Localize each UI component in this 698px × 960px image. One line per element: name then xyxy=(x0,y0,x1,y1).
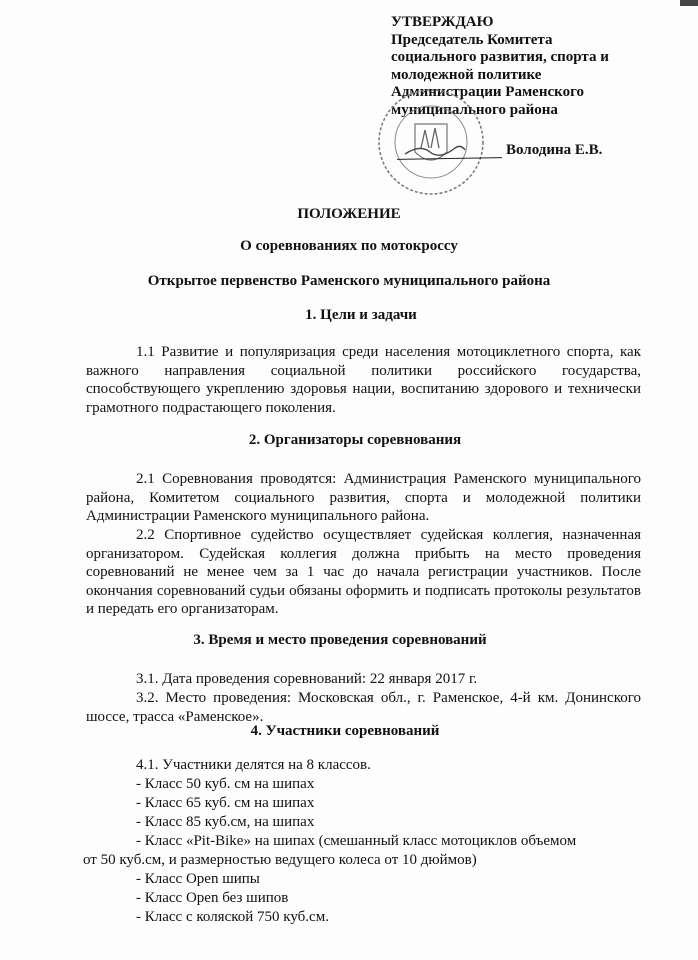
event-name: Открытое первенство Раменского муниципал… xyxy=(0,273,698,290)
class-item: - Класс 50 куб. см на шипах xyxy=(136,776,314,793)
class-item-continuation: от 50 куб.см, и размерностью ведущего ко… xyxy=(83,852,477,869)
class-item: - Класс Open шипы xyxy=(136,871,260,888)
official-stamp-icon xyxy=(375,86,487,198)
document-subtitle: О соревнованиях по мотокроссу xyxy=(0,238,698,255)
paragraph-text: 3.2. Место проведения: Московская обл., … xyxy=(86,690,641,725)
paragraph-3-2: 3.2. Место проведения: Московская обл., … xyxy=(86,689,641,726)
section-heading-1: 1. Цели и задачи xyxy=(12,307,698,324)
paragraph-2-1: 2.1 Соревнования проводятся: Администрац… xyxy=(86,470,641,526)
section-heading-2: 2. Организаторы соревнования xyxy=(6,432,698,449)
class-item: - Класс 85 куб.см, на шипах xyxy=(136,814,314,831)
document-title: ПОЛОЖЕНИЕ xyxy=(0,206,698,223)
section-heading-4: 4. Участники соревнований xyxy=(0,723,694,740)
paragraph-text: 1.1 Развитие и популяризация среди насел… xyxy=(86,344,641,416)
class-item: - Класс 65 куб. см на шипах xyxy=(136,795,314,812)
paragraph-3-1: 3.1. Дата проведения соревнований: 22 ян… xyxy=(86,670,641,689)
class-item: - Класс с коляской 750 куб.см. xyxy=(136,909,329,926)
document-page: УТВЕРЖДАЮ Председатель Комитета социальн… xyxy=(0,0,698,960)
paragraph-text: 2.1 Соревнования проводятся: Администрац… xyxy=(86,471,641,524)
paragraph-1-1: 1.1 Развитие и популяризация среди насел… xyxy=(86,343,641,417)
paragraph-text: 3.1. Дата проведения соревнований: 22 ян… xyxy=(136,671,477,687)
paragraph-2-2: 2.2 Спортивное судейство осуществляет су… xyxy=(86,526,641,619)
class-item: - Класс «Pit-Bike» на шипах (смешанный к… xyxy=(136,833,576,850)
signer-name: Володина Е.В. xyxy=(506,142,602,159)
scan-artifact xyxy=(680,0,698,6)
classes-intro: 4.1. Участники делятся на 8 классов. xyxy=(136,757,371,774)
section-heading-3: 3. Время и место проведения соревнований xyxy=(0,632,689,649)
approval-line: молодежной политике xyxy=(391,67,691,85)
approval-line: социального развития, спорта и xyxy=(391,49,691,67)
approval-title: УТВЕРЖДАЮ xyxy=(391,14,691,32)
class-item: - Класс Open без шипов xyxy=(136,890,288,907)
paragraph-text: 2.2 Спортивное судейство осуществляет су… xyxy=(86,527,641,617)
approval-line: Председатель Комитета xyxy=(391,32,691,50)
